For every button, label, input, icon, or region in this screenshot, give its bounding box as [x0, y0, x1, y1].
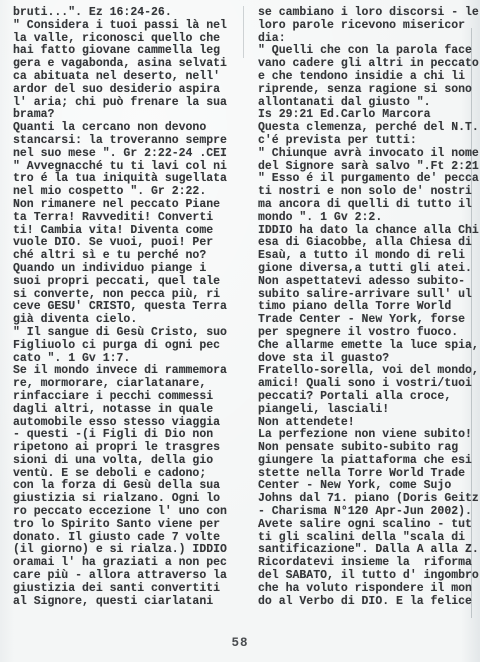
text-line: Non aspettatevi adesso subito- [258, 276, 480, 289]
text-line: dagli altri, notasse in quale [13, 404, 238, 417]
text-line: " Chiunque avrà invocato il nome [258, 148, 480, 161]
text-line: per spegnere il vostro fuoco. [258, 327, 480, 340]
text-line: al Signore, questi ciarlatani [13, 596, 238, 609]
text-line: giungere la piattaforma che esi [258, 455, 480, 468]
text-line: che ha voluto rispondere il mon [258, 583, 480, 596]
text-line: " Considera i tuoi passi là nel [13, 20, 238, 33]
text-line: bruti...". Ez 16:24-26. [13, 7, 238, 20]
text-line: ardor del suo desiderio aspira [13, 84, 238, 97]
scanned-page: bruti...". Ez 16:24-26." Considera i tuo… [0, 0, 480, 662]
text-line: Non pensate subito-subito rag [258, 442, 480, 455]
text-line: del SABATO, il tutto d' ingombro [258, 570, 480, 583]
text-line: se cambiano i loro discorsi - le [258, 7, 480, 20]
text-line: ca abituata nel deserto, nell' [13, 71, 238, 84]
text-line: care più - allora attraverso la [13, 570, 238, 583]
text-line: Figliuolo ci purga di ogni pec [13, 340, 238, 353]
text-line: Trade Center - New York, forse [258, 314, 480, 327]
text-line: amici! Quali sono i vostri/tuoi [258, 378, 480, 391]
text-line: mondo ". 1 Gv 2:2. [258, 212, 480, 225]
page-number: 58 [0, 636, 480, 650]
text-line: c'é prevista per tutti: [258, 135, 480, 148]
text-line: stancarsi: la troveranno sempre [13, 135, 238, 148]
right-column: se cambiano i loro discorsi - leloro par… [258, 7, 480, 608]
text-line: ta Terra! Ravvediti! Converti [13, 212, 238, 225]
text-line: re, mormorare, ciarlatanare, [13, 378, 238, 391]
text-line: e che tendono insidie a chi li [258, 71, 480, 84]
text-line: già diventa cielo. [13, 314, 238, 327]
left-column: bruti...". Ez 16:24-26." Considera i tuo… [13, 7, 238, 608]
page-fold-mark [243, 6, 244, 58]
text-line: Quando un individuo piange i [13, 263, 238, 276]
text-line: suoi propri peccati, quel tale [13, 276, 238, 289]
text-line: " Il sangue di Gesù Cristo, suo [13, 327, 238, 340]
text-line: ripetono ai propri le trasgres [13, 442, 238, 455]
text-line: Che allarme emette la luce spia, [258, 340, 480, 353]
text-line: peccati? Portali alla croce, [258, 391, 480, 404]
text-line: ro peccato eccezione l' uno con [13, 506, 238, 519]
text-line: Avete salire ogni scalino - tut [258, 519, 480, 532]
text-line: tro lo Spirito Santo viene per [13, 519, 238, 532]
text-line: rinfacciare i pecchi commessi [13, 391, 238, 404]
text-line: loro parole ricevono misericor [258, 20, 480, 33]
text-line: Non rimanere nel peccato Piane [13, 199, 238, 212]
text-line: - Charisma N°120 Apr-Jun 2002). [258, 506, 480, 519]
text-line: sioni di una volta, della gio [13, 455, 238, 468]
text-line: ma ancora di quelli di tutto il [258, 199, 480, 212]
text-line: piangeli, lasciali! [258, 404, 480, 417]
text-line: giustizia dei santi convertiti [13, 583, 238, 596]
text-line: do al Verbo di DIO. E la felice [258, 596, 480, 609]
text-line: nel suo mese ". Gr 2:22-24 .CEI [13, 148, 238, 161]
text-line: riprende, senza ragione si sono [258, 84, 480, 97]
text-columns: bruti...". Ez 16:24-26." Considera i tuo… [13, 7, 480, 608]
page-edge-line [471, 28, 472, 618]
text-line: gione diversa,a tutti gli atei. [258, 263, 480, 276]
